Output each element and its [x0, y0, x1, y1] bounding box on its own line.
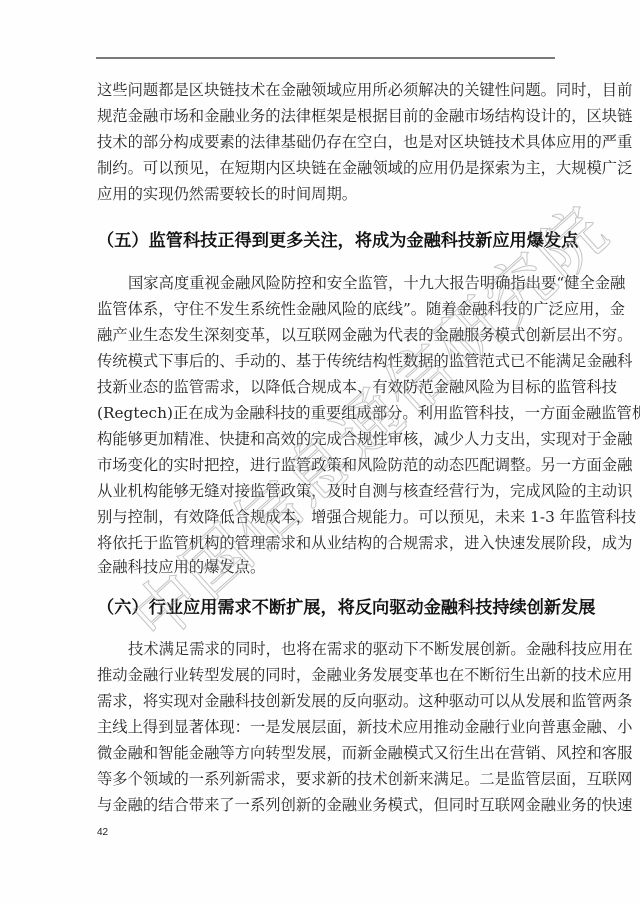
paragraph-line: 从业机构能够无缝对接监管政策，及时自测与核查经营行为，完成风险的主动识: [97, 479, 547, 503]
paragraph-line: 制约。可以预见，在短期内区块链在金融领域的应用仍是探索为主，大规模广泛: [97, 156, 547, 180]
paragraph-line: 传统模式下事后的、手动的、基于传统结构性数据的监管范式已不能满足金融科: [97, 349, 547, 373]
paragraph-line: 需求，将实现对金融科技创新发展的反向驱动。这种驱动可以从发展和监管两条: [97, 689, 547, 713]
paragraph-line: 技术满足需求的同时，也将在需求的驱动下不断发展创新。金融科技应用在: [128, 637, 547, 661]
paragraph-line: 应用的实现仍然需要较长的时间周期。: [97, 182, 547, 206]
paragraph-line: 融产业生态发生深刻变革，以互联网金融为代表的金融服务模式创新层出不穷。: [97, 323, 547, 347]
paragraph-line: 技术的部分构成要素的法律基础仍存在空白，也是对区块链技术具体应用的严重: [97, 130, 547, 154]
paragraph-line: 技新业态的监管需求，以降低合规成本、有效防范金融风险为目标的监管科技: [97, 375, 547, 399]
page-number: 42: [97, 827, 108, 838]
paragraph-line: 推动金融行业转型发展的同时，金融业务发展变革也在不断衍生出新的技术应用: [97, 663, 547, 687]
paragraph-line: 构能够更加精准、快捷和高效的完成合规性审核，减少人力支出，实现对于金融: [97, 427, 547, 451]
paragraph-line: 金融科技应用的爆发点。: [97, 555, 547, 579]
paragraph-line: 与金融的结合带来了一系列创新的金融业务模式，但同时互联网金融业务的快速: [97, 793, 547, 817]
paragraph-line: 别与控制，有效降低合规成本，增强合规能力。可以预见，未来 1-3 年监管科技: [97, 505, 547, 529]
section-heading-6: （六）行业应用需求不断扩展，将反向驱动金融科技持续创新发展: [97, 594, 557, 622]
paragraph-line: 主线上得到显著体现：一是发展层面，新技术应用推动金融行业向普惠金融、小: [97, 715, 547, 739]
paragraph-line: 规范金融市场和金融业务的法律框架是根据目前的金融市场结构设计的，区块链: [97, 104, 547, 128]
header-rule: [96, 57, 555, 59]
paragraph-line: 等多个领域的一系列新需求，要求新的技术创新来满足。二是监管层面，互联网: [97, 767, 547, 791]
paragraph-line: 国家高度重视金融风险防控和安全监管，十九大报告明确指出要“健全金融: [128, 271, 547, 295]
paragraph-line: 将依托于监管机构的管理需求和从业结构的合规需求，进入快速发展阶段，成为: [97, 531, 547, 555]
paragraph-line: 市场变化的实时把控，进行监管政策和风险防范的动态匹配调整。另一方面金融: [97, 453, 547, 477]
paragraph-line: 这些问题都是区块链技术在金融领域应用所必须解决的关键性问题。同时，目前: [97, 78, 547, 102]
paragraph-line: (Regtech)正在成为金融科技的重要组成部分。利用监管科技，一方面金融监管机: [97, 401, 547, 425]
section-heading-5: （五）监管科技正得到更多关注，将成为金融科技新应用爆发点: [97, 227, 557, 255]
paragraph-line: 监管体系，守住不发生系统性金融风险的底线”。随着金融科技的广泛应用，金: [97, 297, 547, 321]
document-page: 这些问题都是区块链技术在金融领域应用所必须解决的关键性问题。同时，目前 规范金融…: [0, 0, 640, 905]
paragraph-line: 微金融和智能金融等方向转型发展，而新金融模式又衍生出在营销、风控和客服: [97, 741, 547, 765]
